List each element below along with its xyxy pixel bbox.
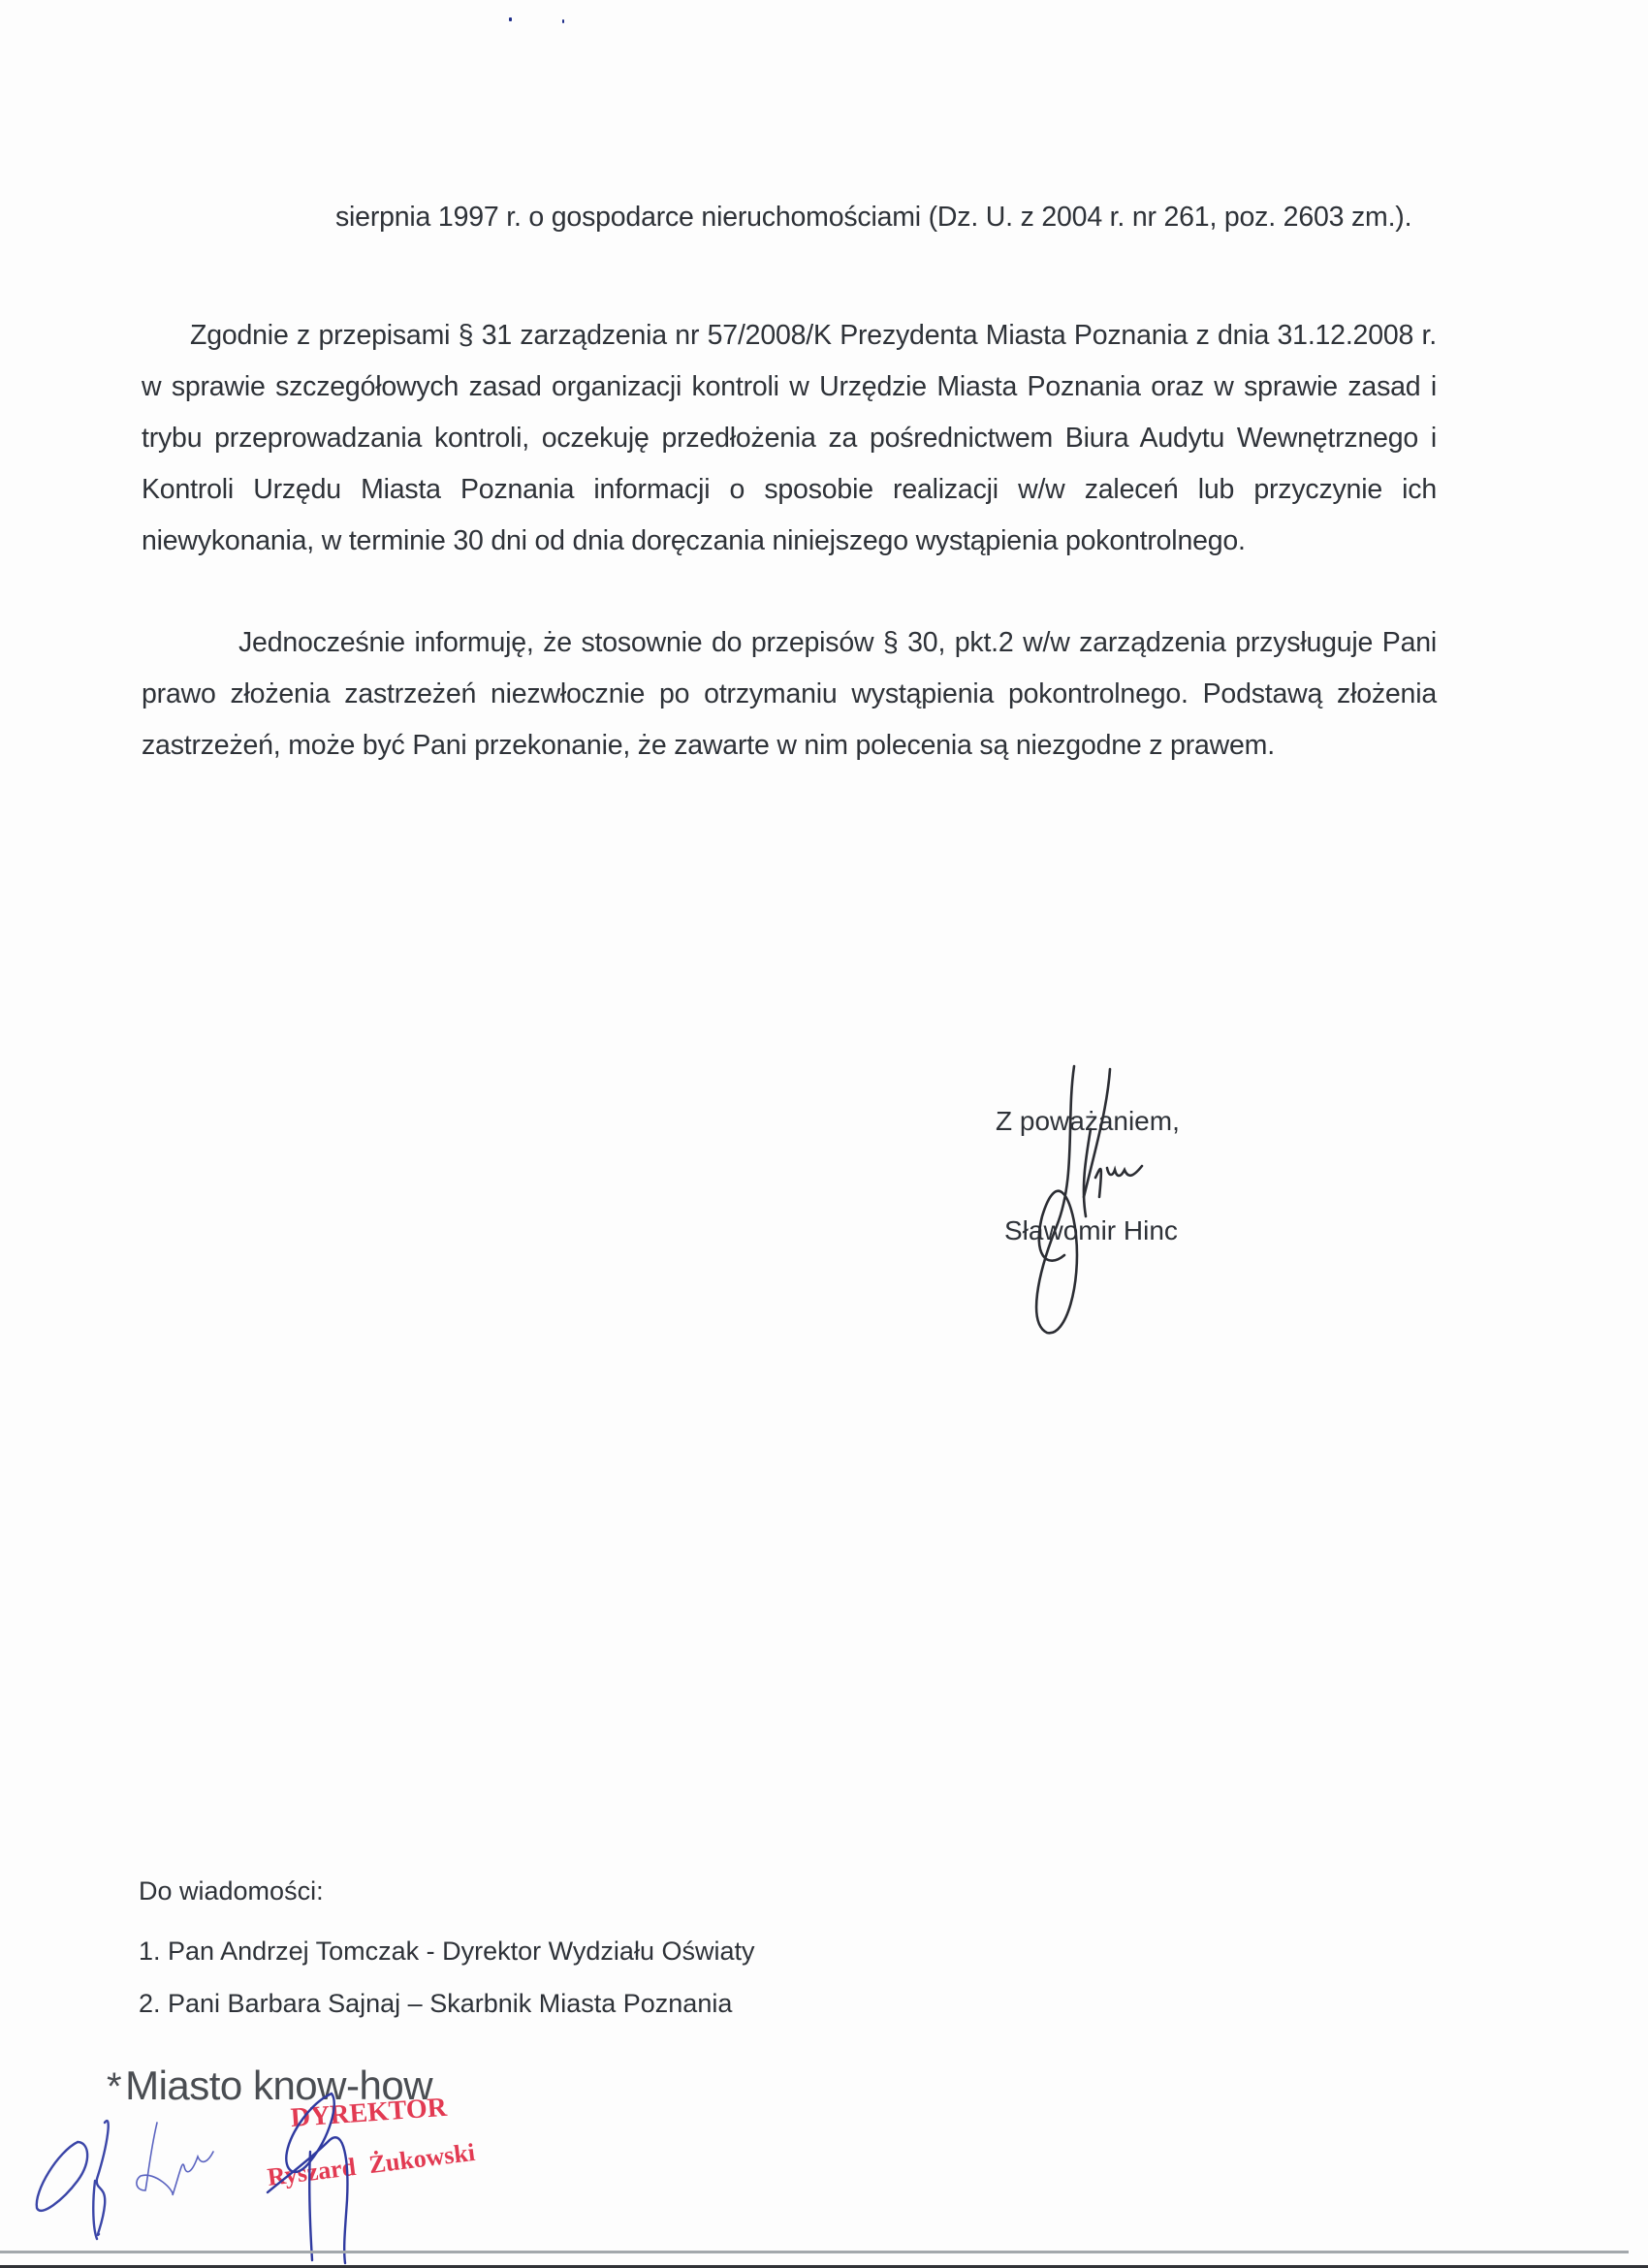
page-bottom-edge	[0, 2251, 1629, 2253]
paragraph-legal-reference: sierpnia 1997 r. o gospodarce nieruchomo…	[335, 192, 1437, 243]
signer-name: Sławomir Hinc	[1004, 1215, 1178, 1246]
closing-salutation: Z poważaniem,	[996, 1106, 1180, 1137]
cc-heading: Do wiadomości:	[139, 1875, 324, 1906]
stamp-first-name: Ryszard	[266, 2153, 357, 2191]
cc-recipient-item: 1. Pan Andrzej Tomczak - Dyrektor Wydzia…	[139, 1925, 754, 1977]
asterisk-logo-icon: *	[107, 2065, 121, 2108]
cc-recipient-list: 1. Pan Andrzej Tomczak - Dyrektor Wydzia…	[139, 1925, 754, 2030]
cc-recipient-item: 2. Pani Barbara Sajnaj – Skarbnik Miasta…	[139, 1977, 754, 2030]
handwritten-signature-icon	[998, 1061, 1212, 1342]
scan-speck	[509, 17, 512, 21]
stamp-name: RyszardŻukowski	[266, 2138, 476, 2192]
scanned-letter-page: sierpnia 1997 r. o gospodarce nieruchomo…	[0, 0, 1648, 2268]
paragraph-compliance-request: Zgodnie z przepisami § 31 zarządzenia nr…	[142, 310, 1437, 567]
scan-speck	[562, 19, 564, 23]
paragraph-objection-rights: Jednocześnie informuję, że stosownie do …	[142, 617, 1437, 772]
stamp-last-name: Żukowski	[367, 2138, 477, 2179]
